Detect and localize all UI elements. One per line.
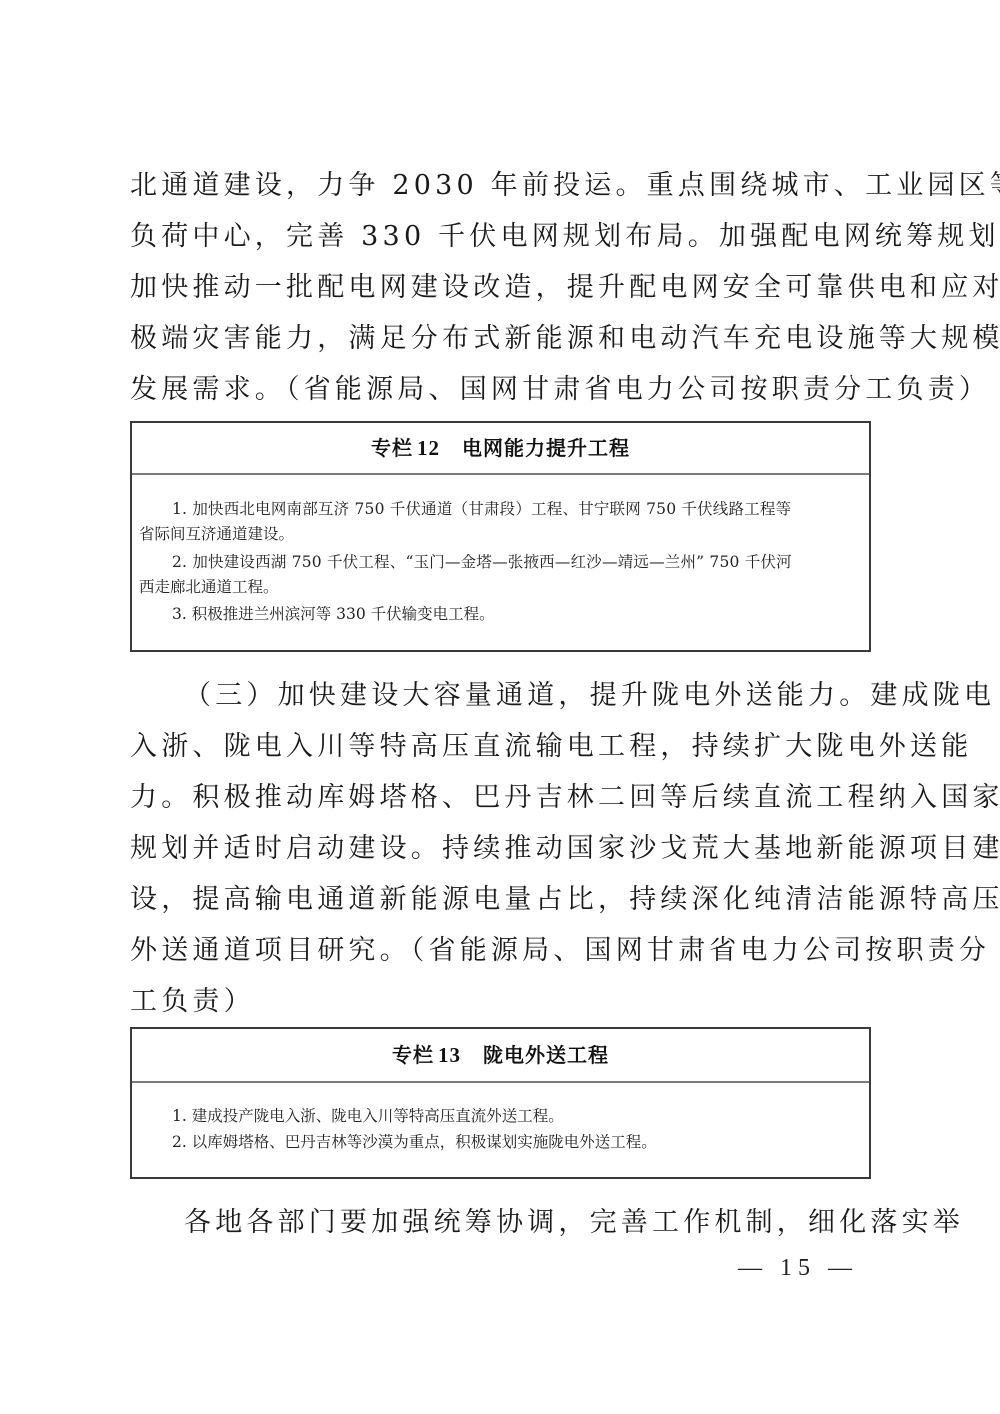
text-line: 负荷中心，完善 330 千伏电网规划布局。加强配电网统筹规划， xyxy=(130,219,1000,255)
box-item-cont: 省际间互济通道建设。 xyxy=(139,523,294,545)
column-box-12: 专栏12电网能力提升工程 1. 加快西北电网南部互济 750 千伏通道（甘肃段）… xyxy=(130,421,871,652)
box-body: 1. 建成投产陇电入浙、陇电入川等特高压直流外送工程。 2. 以库姆塔格、巴丹吉… xyxy=(132,1083,869,1177)
text-line: 力。积极推动库姆塔格、巴丹吉林二回等后续直流工程纳入国家 xyxy=(130,780,1000,816)
box-item: 3. 积极推进兰州滨河等 330 千伏输变电工程。 xyxy=(172,603,495,625)
text-line: 入浙、陇电入川等特高压直流输电工程，持续扩大陇电外送能 xyxy=(130,729,972,765)
box-title: 专栏13陇电外送工程 xyxy=(132,1029,869,1083)
box-item: 2. 以库姆塔格、巴丹吉林等沙漠为重点，积极谋划实施陇电外送工程。 xyxy=(172,1131,657,1153)
column-box-13: 专栏13陇电外送工程 1. 建成投产陇电入浙、陇电入川等特高压直流外送工程。 2… xyxy=(130,1027,871,1179)
box-item: 2. 加快建设西湖 750 千伏工程、“玉门—金塔—张掖西—红沙—靖远—兰州” … xyxy=(172,551,792,573)
box-item: 1. 建成投产陇电入浙、陇电入川等特高压直流外送工程。 xyxy=(172,1105,564,1127)
box-title-prefix: 专栏 xyxy=(371,436,413,460)
text-line: 加快推动一批配电网建设改造，提升配电网安全可靠供电和应对 xyxy=(130,270,1000,306)
box-body: 1. 加快西北电网南部互济 750 千伏通道（甘肃段）工程、甘宁联网 750 千… xyxy=(132,475,869,650)
box-title-number: 13 xyxy=(438,1043,461,1067)
text-line: 北通道建设，力争 2030 年前投运。重点围绕城市、工业园区等 xyxy=(130,168,1000,204)
text-line: 各地各部门要加强统筹协调，完善工作机制，细化落实举 xyxy=(184,1205,964,1241)
box-title-number: 12 xyxy=(417,436,440,460)
text-line: 设，提高输电通道新能源电量占比，持续深化纯清洁能源特高压 xyxy=(130,882,1000,918)
text-line: 外送通道项目研究。（省能源局、国网甘肃省电力公司按职责分 xyxy=(130,933,990,969)
text-line: 工负责） xyxy=(130,984,255,1020)
text-line: （三）加快建设大容量通道，提升陇电外送能力。建成陇电 xyxy=(184,678,995,714)
box-item: 1. 加快西北电网南部互济 750 千伏通道（甘肃段）工程、甘宁联网 750 千… xyxy=(172,498,791,520)
text-line: 发展需求。（省能源局、国网甘肃省电力公司按职责分工负责） xyxy=(130,372,990,408)
box-title-text: 电网能力提升工程 xyxy=(462,436,630,460)
box-item-cont: 西走廊北通道工程。 xyxy=(139,576,279,598)
box-title: 专栏12电网能力提升工程 xyxy=(132,423,869,475)
box-title-text: 陇电外送工程 xyxy=(483,1043,609,1067)
page-number: — 15 — xyxy=(738,1255,858,1282)
text-line: 极端灾害能力，满足分布式新能源和电动汽车充电设施等大规模 xyxy=(130,321,1000,357)
box-title-prefix: 专栏 xyxy=(392,1043,434,1067)
text-line: 规划并适时启动建设。持续推动国家沙戈荒大基地新能源项目建 xyxy=(130,831,1000,867)
